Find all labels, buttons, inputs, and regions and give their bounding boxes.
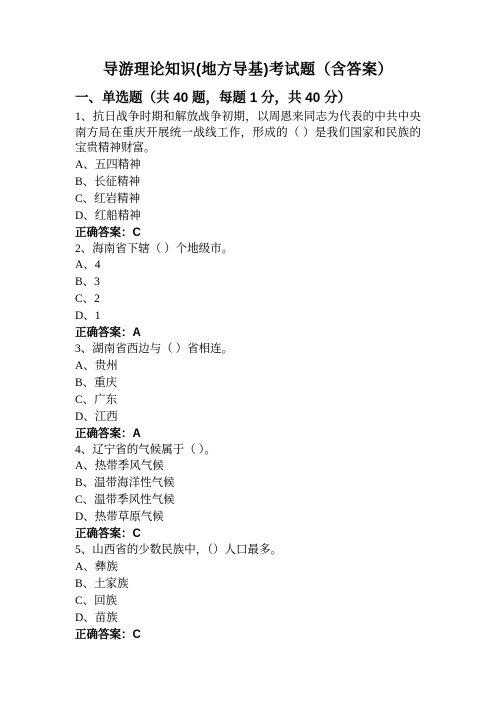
option-c: C、广东 bbox=[75, 392, 421, 409]
document-page: 导游理论知识(地方导基)考试题（含答案） 一、单选题（共 40 题，每题 1 分… bbox=[0, 0, 496, 702]
answer-line: 正确答案：C bbox=[75, 627, 421, 644]
option-d: D、红船精神 bbox=[75, 208, 421, 225]
option-b: B、土家族 bbox=[75, 576, 421, 593]
option-b: B、温带海洋性气候 bbox=[75, 475, 421, 492]
question-text: 4、辽宁省的气候属于（ ）。 bbox=[75, 443, 421, 459]
option-b: B、长征精神 bbox=[75, 174, 421, 191]
option-a: A、4 bbox=[75, 257, 421, 274]
question-block-3: 3、湖南省西边与（ ）省相连。 A、贵州 B、重庆 C、广东 D、江西 正确答案… bbox=[75, 342, 421, 443]
answer-line: 正确答案：C bbox=[75, 225, 421, 242]
option-c: C、温带季风性气候 bbox=[75, 492, 421, 509]
question-block-5: 5、山西省的少数民族中，（）人口最多。 A、彝族 B、土家族 C、回族 D、苗族… bbox=[75, 543, 421, 644]
option-c: C、2 bbox=[75, 291, 421, 308]
question-block-4: 4、辽宁省的气候属于（ ）。 A、热带季风气候 B、温带海洋性气候 C、温带季风… bbox=[75, 443, 421, 544]
option-a: A、贵州 bbox=[75, 358, 421, 375]
option-d: D、1 bbox=[75, 308, 421, 325]
document-title: 导游理论知识(地方导基)考试题（含答案） bbox=[75, 60, 421, 80]
answer-line: 正确答案：A bbox=[75, 325, 421, 342]
option-c: C、回族 bbox=[75, 593, 421, 610]
option-a: A、热带季风气候 bbox=[75, 458, 421, 475]
option-c: C、红岩精神 bbox=[75, 191, 421, 208]
option-d: D、江西 bbox=[75, 409, 421, 426]
question-text: 1、抗日战争时期和解放战争初期，以周恩来同志为代表的中共中央南方局在重庆开展统一… bbox=[75, 110, 421, 157]
question-text: 3、湖南省西边与（ ）省相连。 bbox=[75, 342, 421, 358]
option-b: B、3 bbox=[75, 274, 421, 291]
option-b: B、重庆 bbox=[75, 375, 421, 392]
question-block-1: 1、抗日战争时期和解放战争初期，以周恩来同志为代表的中共中央南方局在重庆开展统一… bbox=[75, 110, 421, 242]
option-a: A、五四精神 bbox=[75, 157, 421, 174]
answer-line: 正确答案：A bbox=[75, 426, 421, 443]
question-block-2: 2、海南省下辖（ ）个地级市。 A、4 B、3 C、2 D、1 正确答案：A bbox=[75, 242, 421, 343]
section-heading: 一、单选题（共 40 题，每题 1 分，共 40 分） bbox=[75, 89, 421, 106]
question-text: 5、山西省的少数民族中，（）人口最多。 bbox=[75, 543, 421, 559]
question-text: 2、海南省下辖（ ）个地级市。 bbox=[75, 242, 421, 258]
option-d: D、热带草原气候 bbox=[75, 509, 421, 526]
option-d: D、苗族 bbox=[75, 610, 421, 627]
option-a: A、彝族 bbox=[75, 559, 421, 576]
answer-line: 正确答案：C bbox=[75, 526, 421, 543]
